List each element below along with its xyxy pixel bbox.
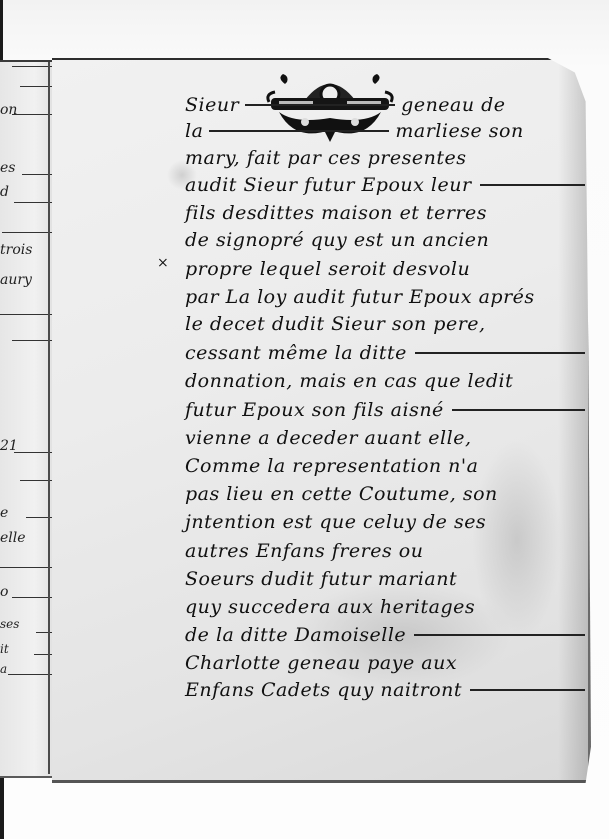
line-text: Sieur	[185, 94, 239, 116]
line-text: vienne a deceder auant elle,	[185, 427, 472, 449]
line-text: de signopré quy est un ancien	[185, 229, 489, 251]
prev-fragment: elle	[0, 530, 26, 546]
line-text: fils desdittes maison et terres	[185, 202, 487, 224]
prev-rule	[12, 66, 52, 67]
prev-rule	[14, 452, 52, 453]
prev-fragment: e	[0, 505, 8, 521]
prev-fragment: aury	[0, 272, 32, 288]
page-gutter	[48, 62, 50, 774]
scan-edge-bottom	[0, 775, 4, 839]
line-text: Enfans Cadets quy naitront	[185, 679, 462, 701]
scan-edge-top	[0, 0, 3, 62]
line-text: geneau de	[401, 94, 505, 116]
line-text: Soeurs dudit futur mariant	[185, 568, 457, 590]
line-text: Comme la representation n'a	[185, 455, 478, 477]
line-text: la	[185, 120, 203, 142]
prev-fragment: on	[0, 102, 17, 118]
line-filler	[415, 352, 585, 354]
line-text: jntention est que celuy de ses	[185, 511, 486, 533]
line-filler	[209, 130, 389, 132]
line-filler	[470, 689, 585, 691]
prev-rule	[0, 314, 52, 315]
line-text: marliese son	[395, 120, 523, 142]
prev-rule	[2, 232, 52, 233]
line-filler	[480, 184, 585, 186]
line-text: le decet dudit Sieur son pere,	[185, 313, 486, 335]
line-text: futur Epoux son fils aisné	[185, 399, 444, 421]
prev-fragment: o	[0, 584, 8, 600]
line-text: donnation, mais en cas que ledit	[185, 370, 513, 392]
line-text: audit Sieur futur Epoux leur	[185, 174, 472, 196]
prev-fragment: es	[0, 160, 15, 176]
line-text: Charlotte geneau paye aux	[185, 652, 457, 674]
line-text: quy succedera aux heritages	[185, 596, 475, 618]
line-text: cessant même la ditte	[185, 342, 407, 364]
line-text: de la ditte Damoiselle	[185, 624, 406, 646]
prev-rule	[8, 674, 52, 675]
prev-rule	[12, 597, 52, 598]
line-text: mary, fait par ces presentes	[185, 147, 466, 169]
line-text: propre lequel seroit desvolu	[185, 258, 470, 280]
prev-rule	[14, 202, 52, 203]
line-filler	[452, 409, 585, 411]
line-filler	[414, 634, 585, 636]
manuscript-line: Enfans Cadets quy naitront	[185, 673, 585, 707]
line-text: autres Enfans freres ou	[185, 540, 423, 562]
prev-rule	[12, 340, 52, 341]
prev-rule	[12, 114, 52, 115]
prev-fragment: it	[0, 642, 9, 656]
prev-fragment: trois	[0, 242, 32, 258]
line-filler	[245, 104, 395, 106]
margin-cross-mark: ×	[157, 255, 169, 271]
prev-fragment: d	[0, 184, 9, 200]
prev-rule	[0, 567, 52, 568]
prev-fragment: ses	[0, 617, 19, 631]
prev-fragment: a	[0, 662, 7, 676]
line-text: pas lieu en cette Coutume, son	[185, 483, 498, 505]
line-text: par La loy audit futur Epoux aprés	[185, 286, 535, 308]
